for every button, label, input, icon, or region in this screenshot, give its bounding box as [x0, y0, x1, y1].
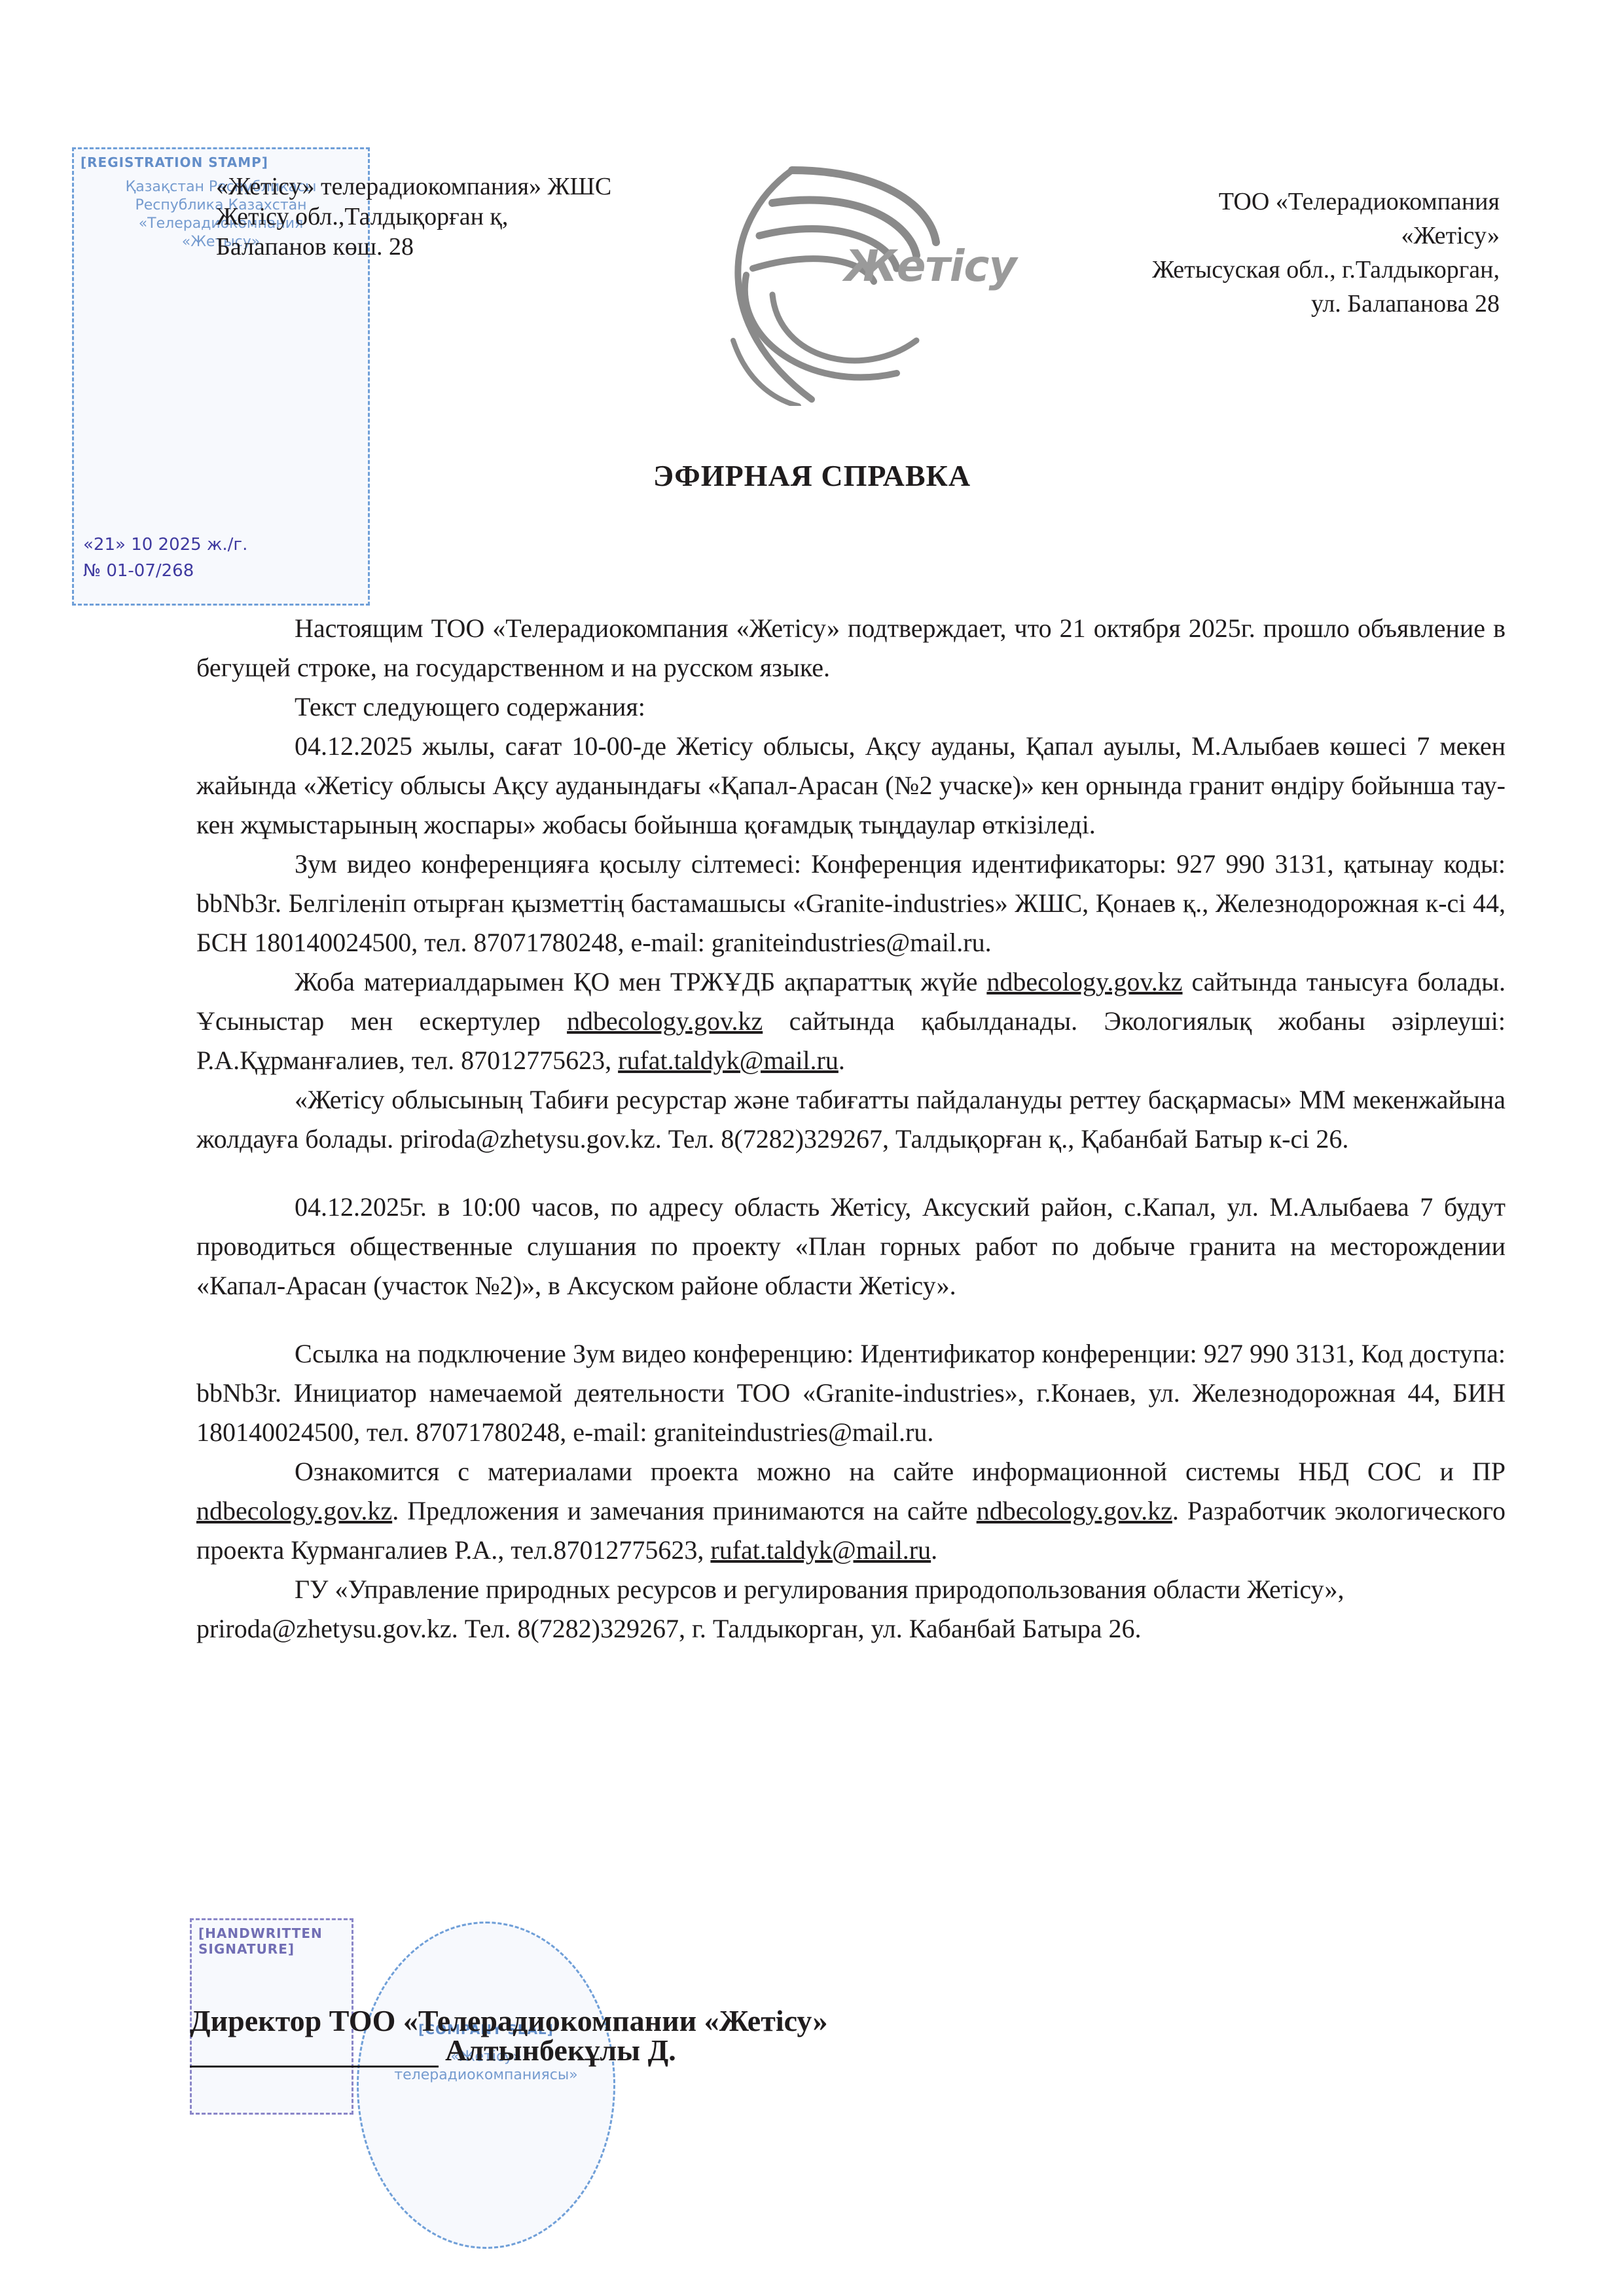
header-region-kz: Жетісу обл.,Талдықорған қ, [216, 202, 611, 232]
header-address-kz: «Жетісу» телерадиокомпания» ЖШС Жетісу о… [216, 172, 611, 262]
signature-label: [Handwritten signature] [198, 1925, 345, 1957]
kz-announcement-paragraph: 04.12.2025 жылы, сағат 10-00-де Жетісу о… [196, 727, 1506, 845]
ndbecology-link[interactable]: ndbecology.gov.kz [977, 1496, 1172, 1525]
kz-materials-paragraph: Жоба материалдарымен ҚО мен ТРЖҰДБ ақпар… [196, 962, 1506, 1080]
header-company-ru-2: «Жетісу» [1152, 219, 1500, 253]
ru-announcement-paragraph: 04.12.2025г. в 10:00 часов, по адресу об… [196, 1188, 1506, 1305]
director-name: Алтынбекұлы Д. [445, 2033, 676, 2068]
header-company-ru-1: ТОО «Телерадиокомпания [1152, 185, 1500, 219]
header-region-ru: Жетысуская обл., г.Талдыкорган, [1152, 253, 1500, 287]
registration-date: «21» 10 2025 ж./г. [83, 532, 359, 558]
company-logo: Жетісу [694, 144, 1034, 406]
ru-authority-paragraph: ГУ «Управление природных ресурсов и регу… [196, 1570, 1506, 1649]
signature-line [190, 2066, 439, 2068]
kz-authority-paragraph: «Жетісу облысының Табиғи ресурстар және … [196, 1080, 1506, 1159]
logo-wordmark: Жетісу [844, 241, 1017, 291]
company-seal-placeholder: [Company seal] «Жетісу» телерадиокомпани… [357, 1922, 615, 2249]
intro-paragraph-2: Текст следующего содержания: [196, 687, 1506, 727]
header-address-ru: ТОО «Телерадиокомпания «Жетісу» Жетысуск… [1152, 185, 1500, 321]
ru-materials-paragraph: Ознакомится с материалами проекта можно … [196, 1452, 1506, 1570]
registration-stamp-label: [Registration stamp] [81, 155, 361, 170]
registration-stamp-fields: «21» 10 2025 ж./г. № 01-07/268 [83, 532, 359, 584]
header-company-kz: «Жетісу» телерадиокомпания» ЖШС [216, 172, 611, 202]
registration-number: № 01-07/268 [83, 558, 359, 584]
intro-paragraph: Настоящим ТОО «Телерадиокомпания «Жетісу… [196, 609, 1506, 687]
ndbecology-link[interactable]: ndbecology.gov.kz [986, 967, 1182, 996]
developer-email-link[interactable]: rufat.taldyk@mail.ru [710, 1535, 931, 1565]
ndbecology-link[interactable]: ndbecology.gov.kz [567, 1006, 763, 1036]
developer-email-link[interactable]: rufat.taldyk@mail.ru [618, 1046, 839, 1075]
ru-zoom-paragraph: Ссылка на подключение Зум видео конферен… [196, 1334, 1506, 1452]
document-body: Настоящим ТОО «Телерадиокомпания «Жетісу… [196, 609, 1506, 1649]
kz-zoom-paragraph: Зум видео конференцияға қосылу сілтемесі… [196, 845, 1506, 962]
document-title: ЭФИРНАЯ СПРАВКА [0, 458, 1624, 493]
ndbecology-link[interactable]: ndbecology.gov.kz [196, 1496, 392, 1525]
header-street-ru: ул. Балапанова 28 [1152, 287, 1500, 321]
header-street-kz: Балапанов көш. 28 [216, 232, 611, 262]
